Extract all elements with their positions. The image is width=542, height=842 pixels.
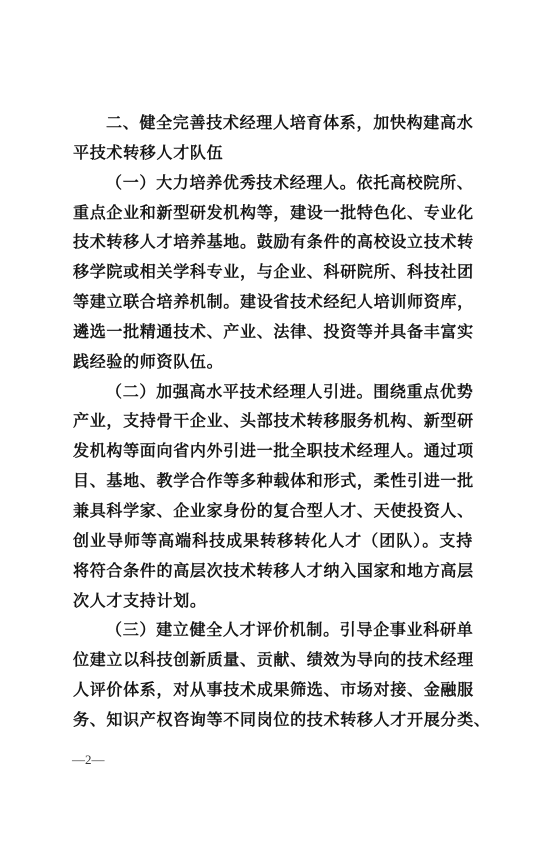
paragraph-line: （一）大力培养优秀技术经理人。依托高校院所、 xyxy=(73,168,473,198)
paragraph-line: 位建立以科技创新质量、贡献、绩效为导向的技术经理 xyxy=(73,645,473,675)
paragraph-line: 产业，支持骨干企业、头部技术转移服务机构、新型研 xyxy=(73,406,473,436)
paragraph-line: 践经验的师资队伍。 xyxy=(73,347,473,377)
paragraph-line: 目、基地、教学合作等多种载体和形式，柔性引进一批 xyxy=(73,466,473,496)
paragraph-line: 技术转移人才培养基地。鼓励有条件的高校设立技术转 xyxy=(73,227,473,257)
paragraph-line: 创业导师等高端科技成果转移转化人才（团队）。支持 xyxy=(73,526,473,556)
paragraph-3: （三）建立健全人才评价机制。引导企事业科研单 位建立以科技创新质量、贡献、绩效为… xyxy=(73,615,473,734)
paragraph-line: 遴选一批精通技术、产业、法律、投资等并具备丰富实 xyxy=(73,317,473,347)
paragraph-line: 次人才支持计划。 xyxy=(73,586,473,616)
paragraph-line: 发机构等面向省内外引进一批全职技术经理人。通过项 xyxy=(73,436,473,466)
document-page: 二、健全完善技术经理人培育体系，加快构建高水 平技术转移人才队伍 （一）大力培养… xyxy=(0,0,542,842)
paragraph-2: （二）加强高水平技术经理人引进。围绕重点优势 产业，支持骨干企业、头部技术转移服… xyxy=(73,377,473,616)
document-body: 二、健全完善技术经理人培育体系，加快构建高水 平技术转移人才队伍 （一）大力培养… xyxy=(73,108,473,735)
section-heading-line: 二、健全完善技术经理人培育体系，加快构建高水 xyxy=(73,108,473,138)
paragraph-1: （一）大力培养优秀技术经理人。依托高校院所、 重点企业和新型研发机构等，建设一批… xyxy=(73,168,473,377)
paragraph-line: 移学院或相关学科专业，与企业、科研院所、科技社团 xyxy=(73,257,473,287)
paragraph-line: （二）加强高水平技术经理人引进。围绕重点优势 xyxy=(73,377,473,407)
page-number: —2— xyxy=(72,751,105,769)
paragraph-line: 等建立联合培养机制。建设省技术经纪人培训师资库， xyxy=(73,287,473,317)
paragraph-line: 重点企业和新型研发机构等，建设一批特色化、专业化 xyxy=(73,198,473,228)
paragraph-line: （三）建立健全人才评价机制。引导企事业科研单 xyxy=(73,615,473,645)
section-heading-line: 平技术转移人才队伍 xyxy=(73,138,473,168)
paragraph-line: 兼具科学家、企业家身份的复合型人才、天使投资人、 xyxy=(73,496,473,526)
paragraph-line: 务、知识产权咨询等不同岗位的技术转移人才开展分类、 xyxy=(73,705,473,735)
paragraph-line: 人评价体系，对从事技术成果筛选、市场对接、金融服 xyxy=(73,675,473,705)
paragraph-line: 将符合条件的高层次技术转移人才纳入国家和地方高层 xyxy=(73,556,473,586)
section-heading: 二、健全完善技术经理人培育体系，加快构建高水 平技术转移人才队伍 xyxy=(73,108,473,168)
